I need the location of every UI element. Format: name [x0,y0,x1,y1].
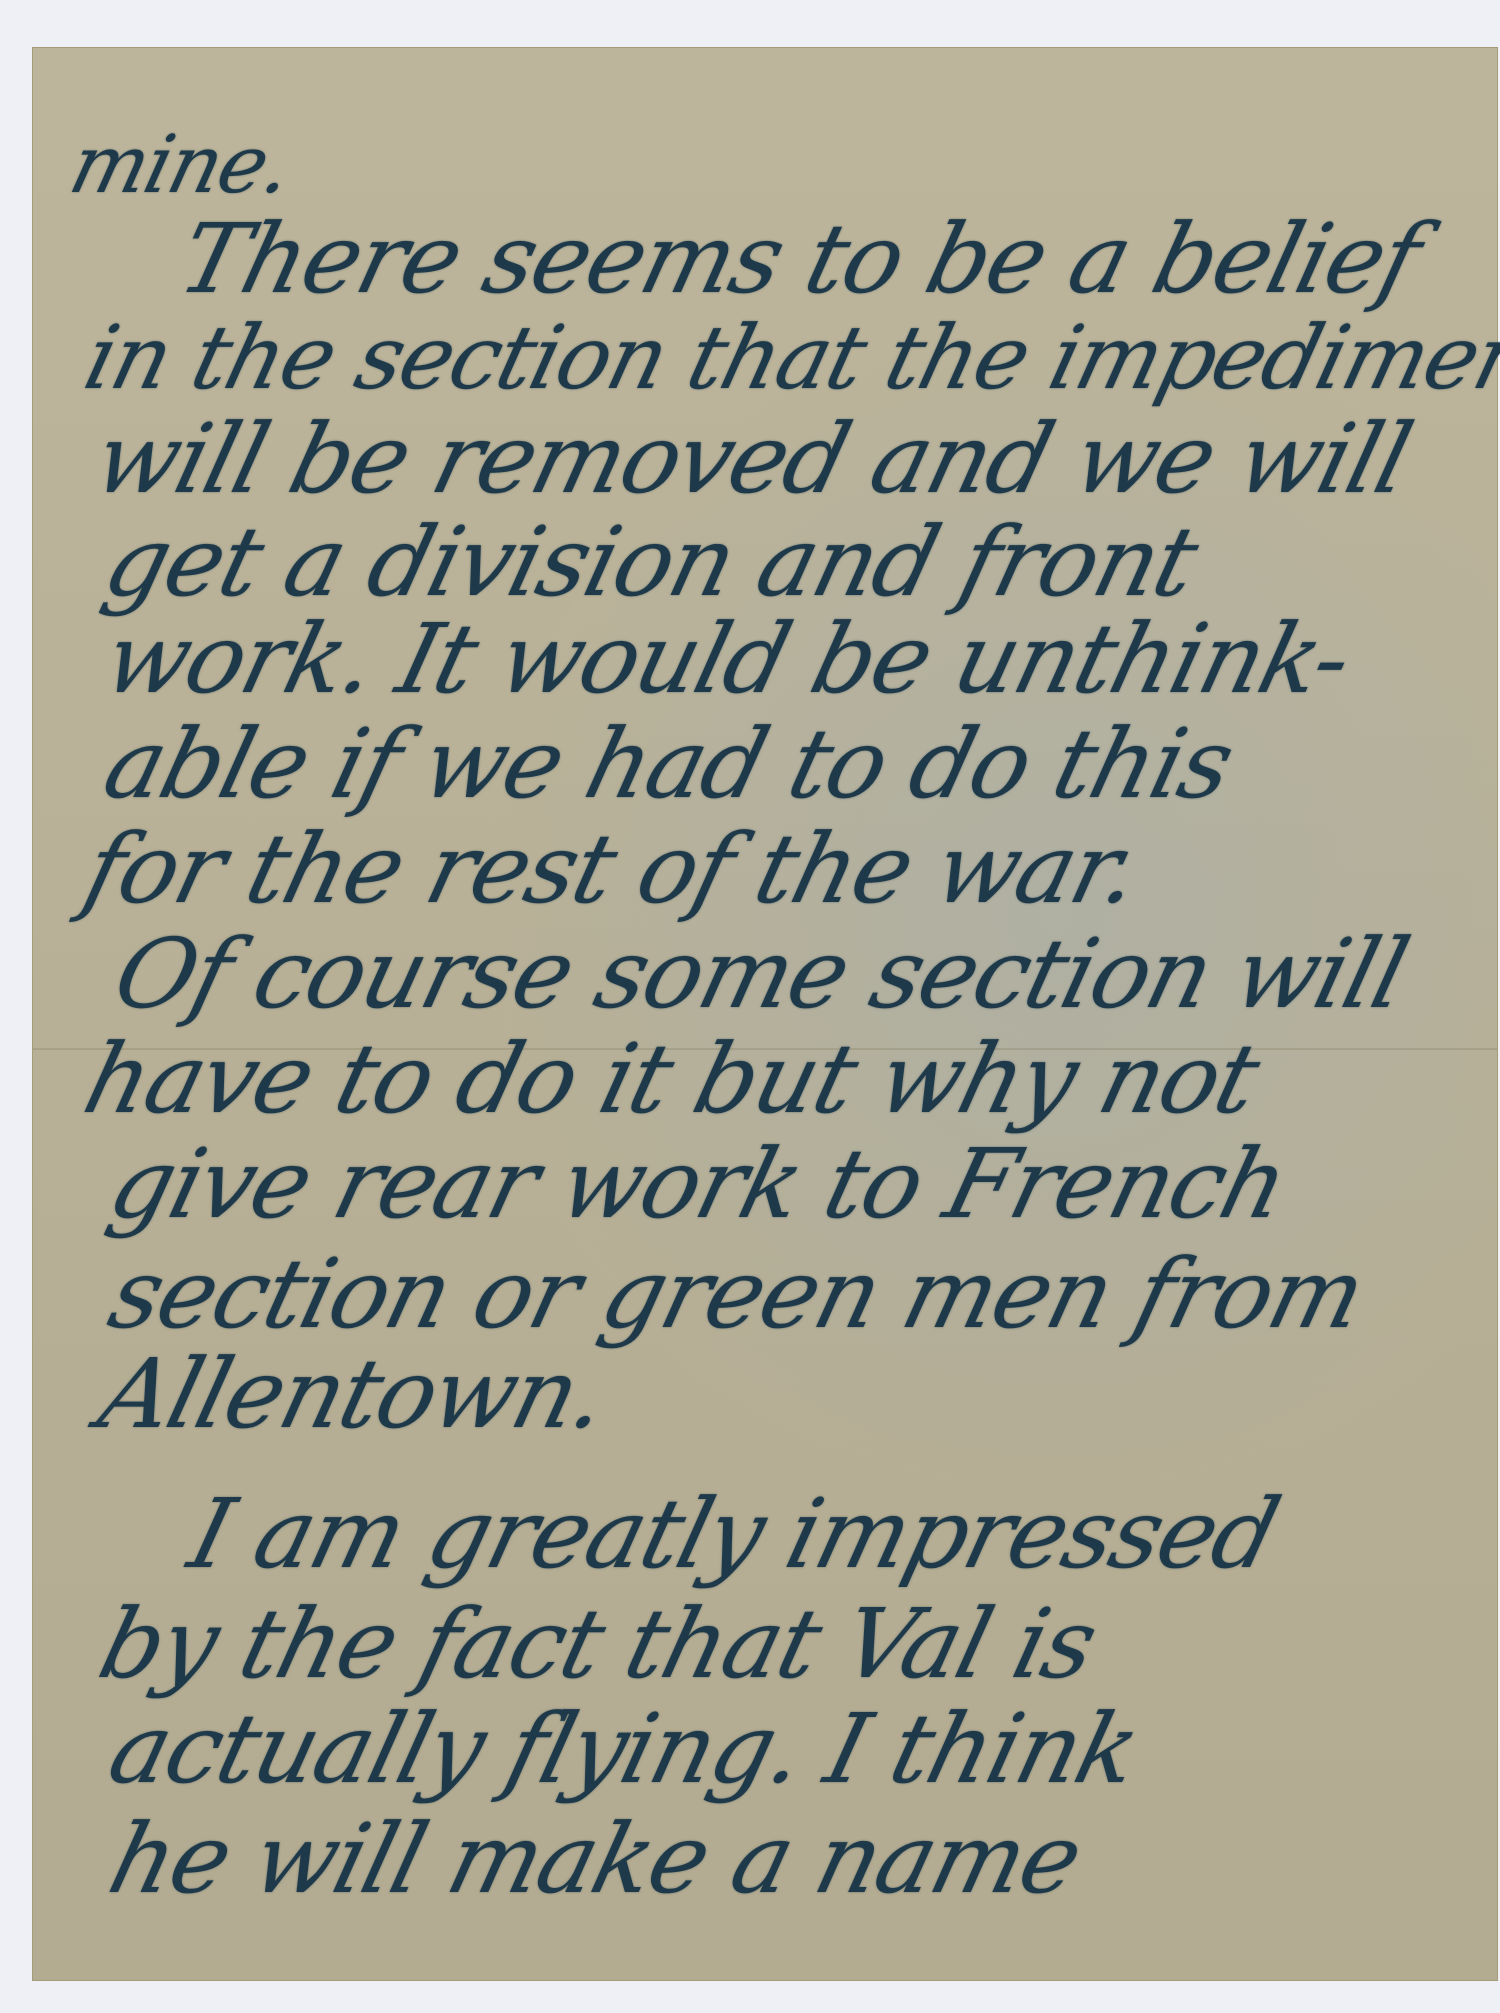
handwritten-line: get a division and front [94,506,1207,618]
handwritten-line: he will make a name [99,1803,1091,1915]
handwritten-line: in the section that the impediment [75,306,1500,409]
handwritten-line: I am greatly impressed [179,1478,1288,1590]
handwritten-line: will be removed and we will [84,403,1421,515]
handwritten-line: actually flying. I think [99,1693,1149,1805]
handwritten-line: have to do it but why not [74,1023,1268,1135]
handwritten-line: Allentown. [89,1338,617,1450]
handwritten-line: mine. [61,118,300,211]
handwritten-line: give rear work to French [99,1128,1297,1240]
handwritten-line: work. It would be unthink- [94,603,1361,715]
handwritten-line: section or green men from [99,1238,1374,1350]
handwritten-line: Of course some section will [104,918,1418,1030]
handwritten-line: able if we had to do this [94,708,1243,820]
handwritten-line: There seems to be a belief [169,203,1430,315]
handwritten-line: for the rest of the war. [74,813,1149,925]
handwritten-line: by the fact that Val is [89,1588,1106,1700]
letter-page: mine. There seems to be a belief in the … [33,48,1497,1980]
